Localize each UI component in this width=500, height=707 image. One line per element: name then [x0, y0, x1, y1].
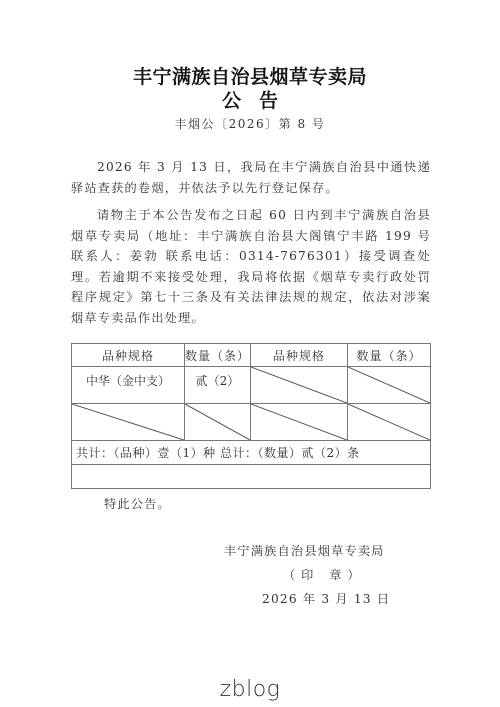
table-row: 中华（金中支） 贰（2）	[72, 367, 431, 404]
doc-type-title: 公告	[0, 86, 500, 113]
diagonal-strike	[185, 404, 250, 440]
cell-spec-text: 中华（金中支）	[72, 367, 184, 389]
signature-seal: （印 章）	[283, 566, 366, 583]
doc-number: 丰烟公〔2026〕第 8 号	[0, 115, 500, 132]
watermark-logo: zblog	[0, 677, 500, 702]
cell-qty: 贰（2）	[185, 367, 251, 404]
table-row	[72, 404, 431, 441]
table-blank-row	[72, 465, 431, 489]
cell-empty-slashed	[72, 404, 185, 441]
diagonal-strike	[348, 404, 430, 440]
cell-qty-text: 贰（2）	[185, 367, 250, 389]
signature-org: 丰宁满族自治县烟草专卖局	[224, 542, 385, 559]
header-qty-2: 数量（条）	[348, 344, 431, 367]
blank-cell	[72, 465, 431, 489]
diagonal-strike	[251, 367, 347, 403]
diagonal-strike	[348, 367, 430, 403]
header-spec-2: 品种规格	[251, 344, 348, 367]
signature-date: 2026 年 3 月 13 日	[262, 590, 390, 607]
cell-empty-slashed	[185, 404, 251, 441]
cell-spec: 中华（金中支）	[72, 367, 185, 404]
org-title: 丰宁满族自治县烟草专卖局	[0, 62, 500, 89]
seized-items-table: 品种规格 数量（条） 品种规格 数量（条） 中华（金中支） 贰（2） 共计：（品…	[71, 343, 431, 489]
paragraph-instructions: 请物主于本公告发布之日起 60 日内到丰宁满族自治县烟草专卖局（地址：丰宁满族自…	[71, 205, 431, 328]
table-header-row: 品种规格 数量（条） 品种规格 数量（条）	[72, 344, 431, 367]
cell-empty-slashed	[251, 367, 348, 404]
paragraph-seizure: 2026 年 3 月 13 日，我局在丰宁满族自治县中通快递驿站查获的卷烟，并依…	[71, 157, 431, 198]
table-total-row: 共计：（品种）壹（1）种 总计：（数量）贰（2）条	[72, 441, 431, 465]
diagonal-strike	[72, 404, 184, 440]
diagonal-strike	[251, 404, 347, 440]
header-qty-1: 数量（条）	[185, 344, 251, 367]
cell-empty-slashed	[251, 404, 348, 441]
cell-empty-slashed	[348, 367, 431, 404]
closing-statement: 特此公告。	[104, 495, 171, 512]
total-summary: 共计：（品种）壹（1）种 总计：（数量）贰（2）条	[72, 441, 431, 465]
header-spec-1: 品种规格	[72, 344, 185, 367]
cell-empty-slashed	[348, 404, 431, 441]
